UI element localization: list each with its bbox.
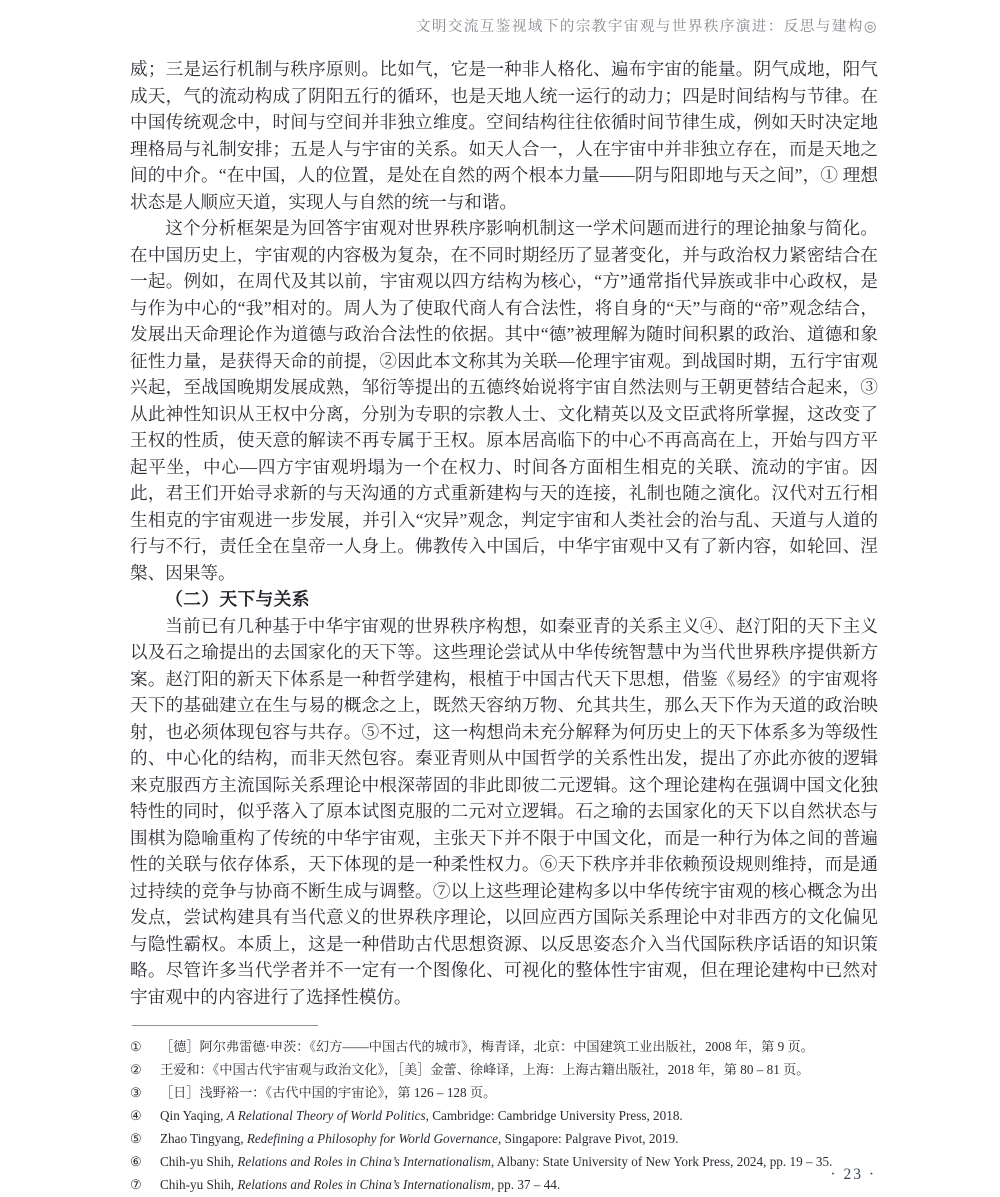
page-number: · 23 · (830, 1166, 876, 1184)
footnote-text: Qin Yaqing, A Relational Theory of World… (160, 1104, 878, 1127)
footnote-text: 王爱和：《中国古代宇宙观与政治文化》，［美］金蕾、徐峰译，上海：上海古籍出版社，… (160, 1058, 878, 1081)
footnote-item: ⑥ Chih-yu Shih, Relations and Roles in C… (130, 1150, 878, 1173)
footnote-text-pre: 王爱和：《中国古代宇宙观与政治文化》，［美］金蕾、徐峰译，上海：上海古籍出版社，… (160, 1062, 809, 1077)
footnote-text: ［德］阿尔弗雷德·申茨：《幻方——中国古代的城市》，梅青译，北京：中国建筑工业出… (160, 1035, 878, 1058)
section-subheading: （二）天下与关系 (130, 586, 878, 613)
footnote-text: Zhao Tingyang, Redefining a Philosophy f… (160, 1127, 878, 1150)
footnote-title-italic: Relations and Roles in China’s Internati… (237, 1177, 491, 1192)
footnote-text-pre: Chih-yu Shih, (160, 1154, 237, 1169)
footnote-text-pre: Qin Yaqing, (160, 1108, 227, 1123)
body-paragraph-2: 这个分析框架是为回答宇宙观对世界秩序影响机制这一学术问题而进行的理论抽象与简化。… (130, 215, 878, 586)
footnote-item: ① ［德］阿尔弗雷德·申茨：《幻方——中国古代的城市》，梅青译，北京：中国建筑工… (130, 1035, 878, 1058)
footnote-marker: ③ (130, 1081, 160, 1104)
footnote-marker: ④ (130, 1104, 160, 1127)
footnote-marker: ⑥ (130, 1150, 160, 1173)
footnote-text-post: , Cambridge: Cambridge University Press,… (426, 1108, 683, 1123)
running-header: 文明交流互鉴视域下的宗教宇宙观与世界秩序演进：反思与建构◎ (130, 16, 878, 38)
footnote-text-pre: Zhao Tingyang, (160, 1131, 247, 1146)
article-body: 威；三是运行机制与秩序原则。比如气，它是一种非人格化、遍布宇宙的能量。阴气成地，… (130, 56, 878, 1010)
document-page: 文明交流互鉴视域下的宗教宇宙观与世界秩序演进：反思与建构◎ 威；三是运行机制与秩… (0, 0, 1000, 1197)
footnote-item: ⑦ Chih-yu Shih, Relations and Roles in C… (130, 1173, 878, 1196)
footnote-marker: ② (130, 1058, 160, 1081)
footnote-title-italic: Relations and Roles in China’s Internati… (237, 1154, 491, 1169)
footnote-text: ［日］浅野裕一：《古代中国的宇宙论》，第 126 – 128 页。 (160, 1081, 878, 1104)
footnote-marker: ① (130, 1035, 160, 1058)
footnote-text-pre: Chih-yu Shih, (160, 1177, 237, 1192)
footnote-text: Chih-yu Shih, Relations and Roles in Chi… (160, 1150, 878, 1173)
footnote-text-post: , pp. 37 – 44. (491, 1177, 560, 1192)
footnote-item: ② 王爱和：《中国古代宇宙观与政治文化》，［美］金蕾、徐峰译，上海：上海古籍出版… (130, 1058, 878, 1081)
body-paragraph-3: 当前已有几种基于中华宇宙观的世界秩序构想，如秦亚青的关系主义④、赵汀阳的天下主义… (130, 613, 878, 1011)
footnote-item: ⑤ Zhao Tingyang, Redefining a Philosophy… (130, 1127, 878, 1150)
footnote-text-pre: ［德］阿尔弗雷德·申茨：《幻方——中国古代的城市》，梅青译，北京：中国建筑工业出… (160, 1039, 814, 1054)
footnote-text-pre: ［日］浅野裕一：《古代中国的宇宙论》，第 126 – 128 页。 (160, 1085, 496, 1100)
footnote-item: ③ ［日］浅野裕一：《古代中国的宇宙论》，第 126 – 128 页。 (130, 1081, 878, 1104)
footnotes-block: ① ［德］阿尔弗雷德·申茨：《幻方——中国古代的城市》，梅青译，北京：中国建筑工… (130, 1035, 878, 1196)
footnote-text-post: , Singapore: Palgrave Pivot, 2019. (498, 1131, 679, 1146)
footnote-text: Chih-yu Shih, Relations and Roles in Chi… (160, 1173, 878, 1196)
footnote-title-italic: A Relational Theory of World Politics (227, 1108, 426, 1123)
footnote-separator (132, 1025, 318, 1026)
footnote-item: ④ Qin Yaqing, A Relational Theory of Wor… (130, 1104, 878, 1127)
body-paragraph-1: 威；三是运行机制与秩序原则。比如气，它是一种非人格化、遍布宇宙的能量。阴气成地，… (130, 56, 878, 215)
footnote-text-post: , Albany: State University of New York P… (491, 1154, 832, 1169)
footnote-marker: ⑤ (130, 1127, 160, 1150)
footnote-marker: ⑦ (130, 1173, 160, 1196)
footnote-title-italic: Redefining a Philosophy for World Govern… (247, 1131, 498, 1146)
